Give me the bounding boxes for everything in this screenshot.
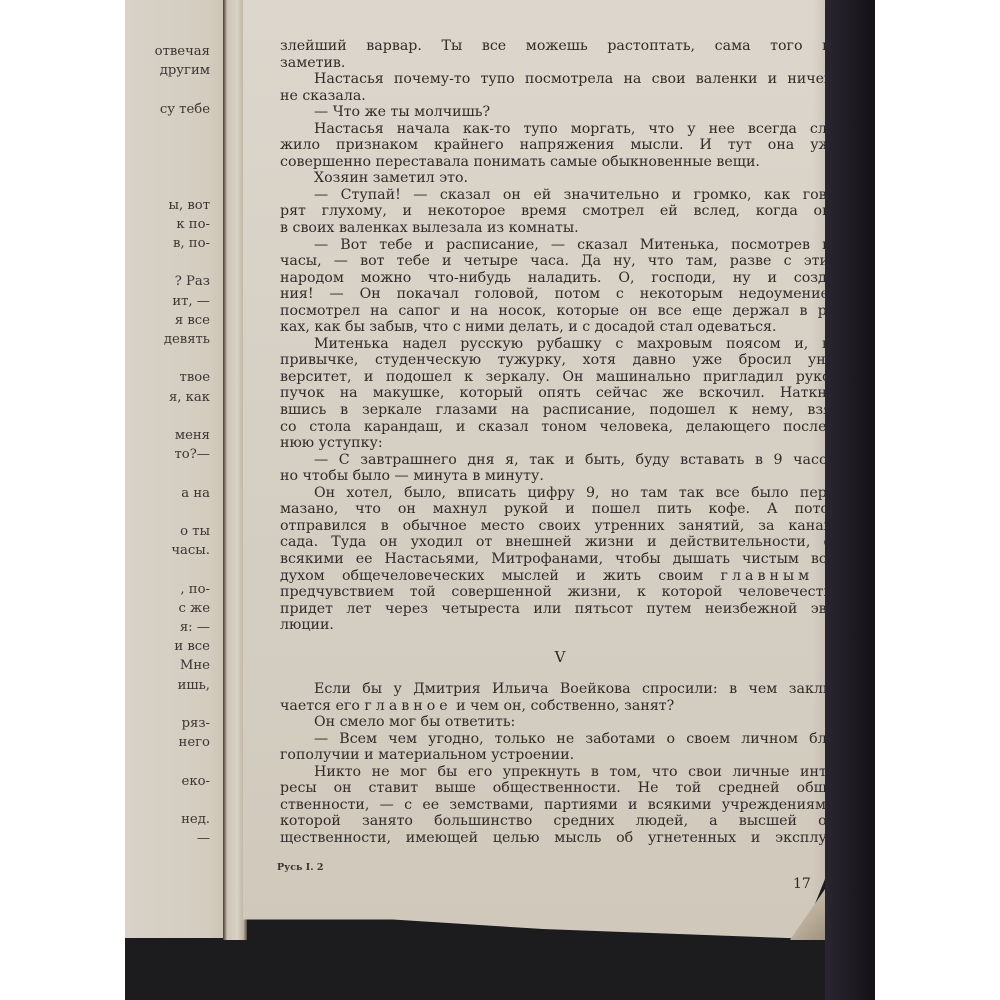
text-line: — Всем чем угодно, только не заботами о … — [280, 731, 840, 748]
left-page-fragment: в, по- — [173, 236, 210, 252]
text-line: — Вот тебе и расписание, — сказал Митень… — [280, 237, 840, 254]
text-line: Настасья почему-то тупо посмотрела на св… — [280, 71, 840, 88]
left-page-fragment: Мне — [180, 658, 210, 674]
text-line: сада. Туда он уходил от внешней жизни и … — [280, 534, 840, 551]
left-page-fragment: твое — [180, 370, 210, 386]
text-line: гополучии и материальном устроении. — [280, 747, 840, 764]
text-line: Хозяин заметил это. — [280, 170, 840, 187]
left-page-fragment: меня — [175, 428, 210, 444]
left-page-fragment: к по- — [176, 217, 210, 233]
text-line: не сказала. — [280, 88, 840, 105]
text-line: которой занято большинство средних людей… — [280, 813, 840, 830]
text-line: Он смело мог бы ответить: — [280, 714, 840, 731]
text-line: Если бы у Дмитрия Ильича Воейкова спроси… — [280, 681, 840, 698]
text-line: рят глухому, и некоторое время смотрел е… — [280, 203, 840, 220]
left-page-fragment: я: — — [180, 620, 210, 636]
text-line: нюю уступку: — [280, 435, 840, 452]
left-page-fragment: ы, вот — [168, 198, 210, 214]
left-page-fragment: часы. — [171, 543, 210, 559]
text-line: Настасья начала как-то тупо моргать, что… — [280, 121, 840, 138]
left-page-fragment: ишь, — [178, 678, 210, 694]
body-text-part1: злейший варвар. Ты все можешь растоптать… — [280, 38, 840, 634]
text-line: — Ступай! — сказал он ей значительно и г… — [280, 187, 840, 204]
left-page-fragment: а на — [181, 486, 210, 502]
text-line: злейший варвар. Ты все можешь растоптать… — [280, 38, 840, 55]
left-page-fragment: с же — [178, 601, 210, 617]
book-photo: отвечаядругимсу тебеы, вотк по-в, по-? Р… — [125, 0, 875, 1000]
chapter-heading: V — [280, 648, 840, 666]
text-line: ресы он ставит выше общественности. Не т… — [280, 780, 840, 797]
text-line: Никто не мог бы его упрекнуть в том, что… — [280, 764, 840, 781]
text-line: вшись в зеркале глазами на расписание, п… — [280, 402, 840, 419]
text-line: ках, как бы забыв, что с ними делать, и … — [280, 319, 840, 336]
text-line: заметив. — [280, 55, 840, 72]
left-page-fragment: нед. — [181, 812, 210, 828]
left-page-fragment: ? Раз — [175, 274, 210, 290]
text-line: совершенно переставала понимать самые об… — [280, 154, 840, 171]
text-line: в своих валенках вылезала из комнаты. — [280, 220, 840, 237]
text-line: Митенька надел русскую рубашку с махровы… — [280, 336, 840, 353]
left-page-fragment: и все — [174, 639, 210, 655]
spaced-emphasis: главным — [721, 568, 814, 584]
left-page: отвечаядругимсу тебеы, вотк по-в, по-? Р… — [125, 0, 230, 938]
left-page-fragment: девять — [164, 332, 210, 348]
left-page-fragment: другим — [160, 63, 210, 79]
left-page-fragment: , по- — [180, 582, 210, 598]
text-line: но чтобы было — минута в минуту. — [280, 468, 840, 485]
text-line: духом общечеловеческих мыслей и жить сво… — [280, 568, 840, 585]
text-line: всякими ее Настасьями, Митрофанами, чтоб… — [280, 551, 840, 568]
left-page-fragment: отвечая — [155, 44, 210, 60]
text-line: посмотрел на сапог и на носок, которые о… — [280, 303, 840, 320]
page-number: 17 — [793, 876, 811, 892]
text-line: щественности, имеющей целью мысль об угн… — [280, 830, 840, 847]
text-line: придет лет через четыреста или пятьсот п… — [280, 601, 840, 618]
left-page-fragment: то?— — [175, 447, 211, 463]
text-line: привычке, студенческую тужурку, хотя дав… — [280, 352, 840, 369]
text-line: люции. — [280, 617, 840, 634]
text-line: чается его главное и чем он, собственно,… — [280, 698, 840, 715]
text-line: часы, — вот тебе и четыре часа. Да ну, ч… — [280, 253, 840, 270]
text-line: народом можно что-нибудь наладить. О, го… — [280, 270, 840, 287]
spaced-emphasis: главное — [364, 698, 451, 714]
text-line: жило признаком крайнего напряжения мысли… — [280, 137, 840, 154]
text-line: верситет, и подошел к зеркалу. Он машина… — [280, 369, 840, 386]
body-text-part2: Если бы у Дмитрия Ильича Воейкова спроси… — [280, 681, 840, 846]
text-line: пучок на макушке, который опять сейчас ж… — [280, 385, 840, 402]
text-line: — С завтрашнего дня я, так и быть, буду … — [280, 452, 840, 469]
text-line: Он хотел, было, вписать цифру 9, но там … — [280, 485, 840, 502]
left-page-fragment: ряз- — [182, 716, 210, 732]
left-page-fragment: ит, — — [172, 294, 210, 310]
left-page-fragment: я, как — [169, 390, 210, 406]
text-line: со стола карандаш, и сказал тоном челове… — [280, 419, 840, 436]
left-page-fragment: су тебе — [160, 102, 210, 118]
text-line: отправился в обычное место своих утренни… — [280, 518, 840, 535]
left-page-fragment: я все — [175, 313, 210, 329]
left-page-fragment: него — [179, 735, 210, 751]
text-line: ния! — Он покачал головой, потом с некот… — [280, 286, 840, 303]
text-line: ственности, — с ее земствами, партиями и… — [280, 797, 840, 814]
signature-mark: Русь I. 2 — [277, 862, 323, 873]
text-line: мазано, что он махнул рукой и пошел пить… — [280, 501, 840, 518]
text-line: предчувствием той совершенной жизни, к к… — [280, 584, 840, 601]
left-page-fragment: — — [197, 831, 210, 847]
text-line: — Что же ты молчишь? — [280, 104, 840, 121]
left-page-fragment: о ты — [180, 524, 210, 540]
left-page-fragment: еко- — [182, 774, 210, 790]
